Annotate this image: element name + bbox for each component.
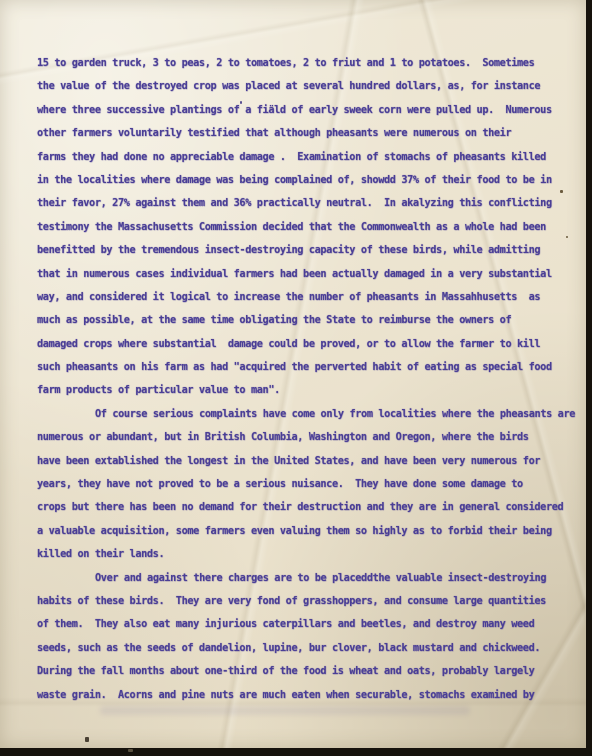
typewritten-line: much as possible, at the same time oblig… bbox=[37, 309, 577, 332]
typewritten-line: damaged crops where substantial damage c… bbox=[37, 333, 577, 356]
typewritten-line: a valuable acquisition, some farmers eve… bbox=[37, 520, 577, 543]
paper-speck bbox=[240, 101, 242, 104]
typewritten-line: Of course serious complaints have come o… bbox=[37, 403, 577, 426]
typewritten-text: 15 to garden truck, 3 to peas, 2 to toma… bbox=[37, 52, 577, 707]
typewritten-line: benefitted by the tremendous insect-dest… bbox=[37, 239, 577, 262]
typewritten-line: of them. They also eat many injurious ca… bbox=[37, 613, 577, 636]
typewritten-line: killed on their lands. bbox=[37, 543, 577, 566]
paper-speck bbox=[560, 190, 563, 193]
typewritten-line: habits of these birds. They are very fon… bbox=[37, 590, 577, 613]
paper-speck bbox=[85, 737, 89, 742]
typewritten-line: During the fall months about one-third o… bbox=[37, 660, 577, 683]
typewritten-line: in the localities where damage was being… bbox=[37, 169, 577, 192]
typewritten-line: other farmers voluntarily testified that… bbox=[37, 122, 577, 145]
typewritten-line: seeds, such as the seeds of dandelion, l… bbox=[37, 637, 577, 660]
typewritten-line: have been extablished the longest in the… bbox=[37, 450, 577, 473]
ink-smudge bbox=[100, 706, 470, 715]
typewritten-line: such pheasants on his farm as had "acqui… bbox=[37, 356, 577, 379]
typewritten-line: their favor, 27% against them and 36% pr… bbox=[37, 192, 577, 215]
typewritten-line: years, they have not proved to be a seri… bbox=[37, 473, 577, 496]
typewritten-line: 15 to garden truck, 3 to peas, 2 to toma… bbox=[37, 52, 577, 75]
typewritten-line: crops but there has been no demand for t… bbox=[37, 496, 577, 519]
typewritten-line: way, and considered it logical to increa… bbox=[37, 286, 577, 309]
typewritten-line: farm products of particular value to man… bbox=[37, 379, 577, 402]
scan-background: 15 to garden truck, 3 to peas, 2 to toma… bbox=[0, 0, 592, 756]
typewritten-line: numerous or abundant, but in British Col… bbox=[37, 426, 577, 449]
paper-speck bbox=[128, 749, 133, 752]
typewritten-line: waste grain. Acorns and pine nuts are mu… bbox=[37, 684, 577, 707]
typewritten-line: the value of the destroyed crop was plac… bbox=[37, 75, 577, 98]
typewritten-line: that in numerous cases individual farmer… bbox=[37, 263, 577, 286]
typewritten-line: Over and against there charges are to be… bbox=[37, 567, 577, 590]
typewritten-line: testimony the Massachusetts Commission d… bbox=[37, 216, 577, 239]
typewritten-line: where three successive plantings of a fi… bbox=[37, 99, 577, 122]
document-page: 15 to garden truck, 3 to peas, 2 to toma… bbox=[0, 0, 586, 748]
paper-speck bbox=[566, 236, 568, 238]
typewritten-line: farms they had done no appreciable damag… bbox=[37, 146, 577, 169]
